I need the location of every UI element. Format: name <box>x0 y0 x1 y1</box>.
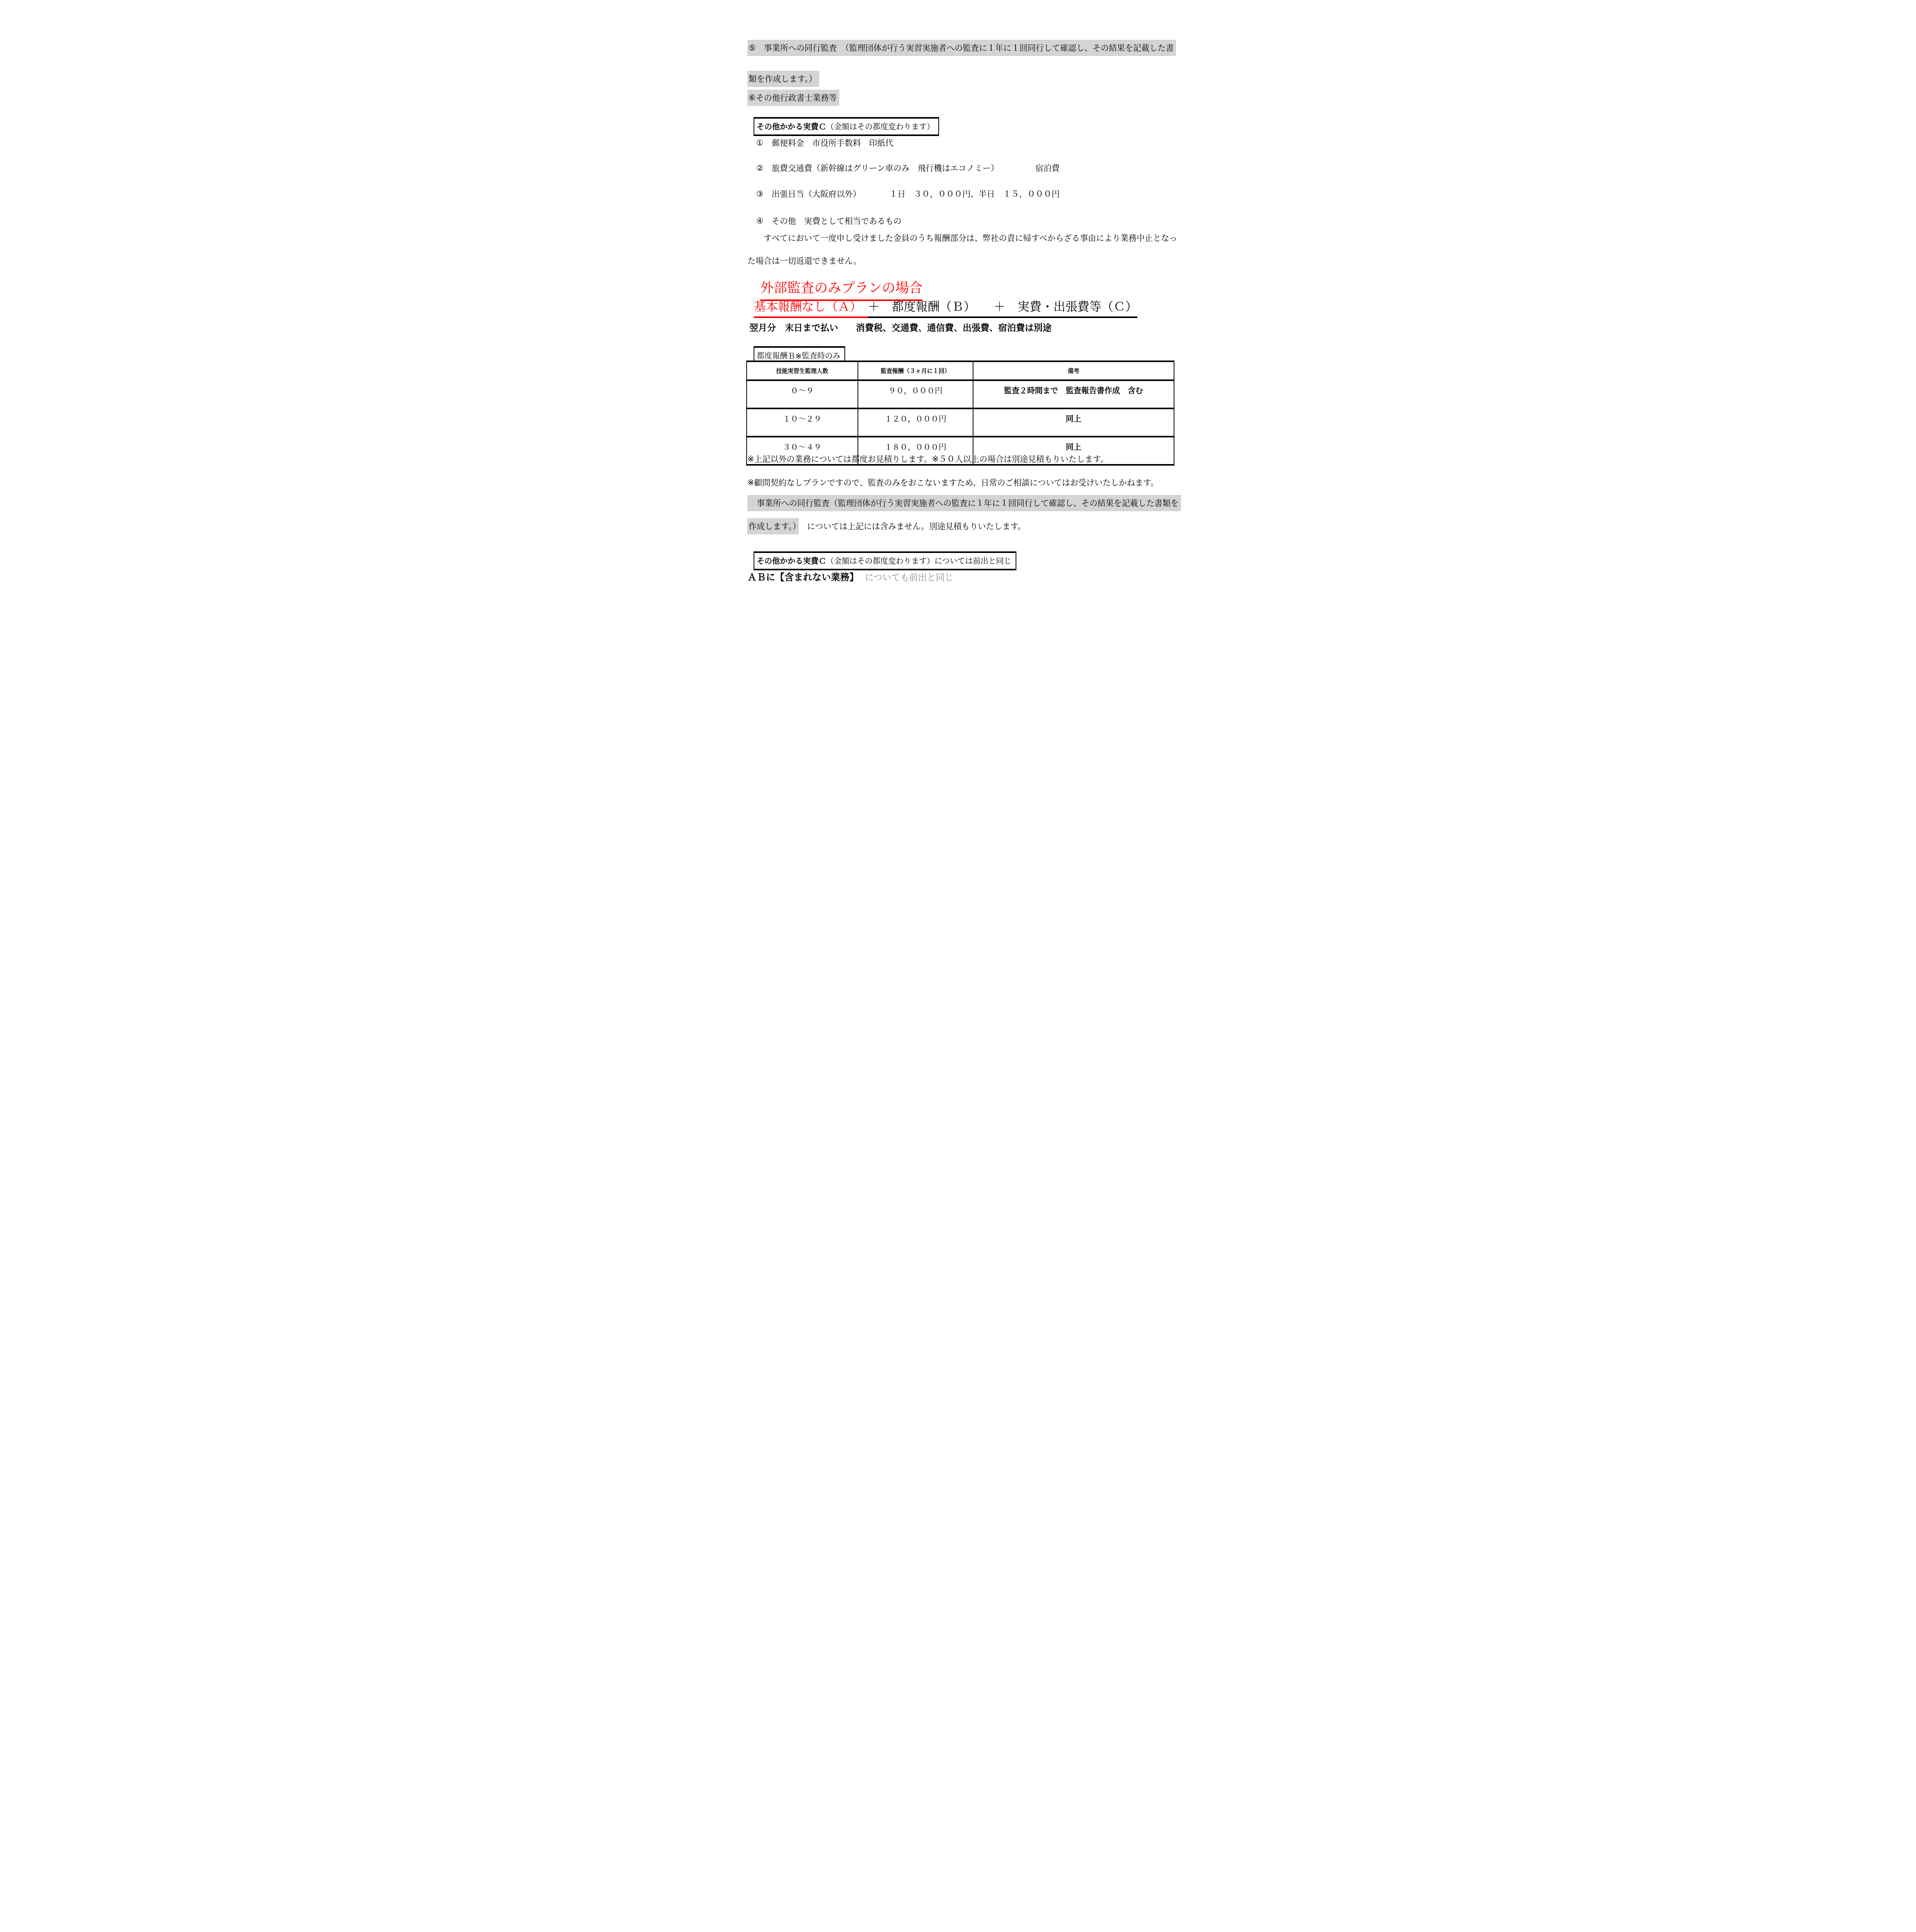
cell-remark: 監査２時間まで 監査報告書作成 含む <box>973 380 1174 408</box>
cell-remark: 同上 <box>973 408 1174 437</box>
footer-bold-text: ＡＢに【含まれない業務】 <box>747 573 859 583</box>
footer-line: ＡＢに【含まれない業務】についても前出と同じ <box>747 570 954 583</box>
header-remarks: 備考 <box>973 361 1174 380</box>
formula-black-part: ＋ 都度報酬（Ｂ） ＋ 実費・出張費等（Ｃ） <box>868 300 1138 318</box>
expense-item-1: ① 郵便料金 市役所手数料 印紙代 <box>747 137 893 148</box>
boxed-heading-note: （金額はその都度変わります）については前出と同じ <box>826 557 1012 566</box>
fee-table-header-row: 技能実習生監理人数 監査報酬（３ヶ月に１回） 備考 <box>747 361 1174 380</box>
boxed-heading-note: （金額はその都度変わります） <box>826 123 934 131</box>
refund-notice-line-2: た場合は一切返還できません。 <box>747 255 861 266</box>
footer-gray-text: についても前出と同じ <box>865 573 954 582</box>
table-row: １０～２９ １２０，０００円 同上 <box>747 408 1174 437</box>
cell-fee: １２０，０００円 <box>858 408 973 437</box>
plan-formula: 基本報酬なし（Ａ） ＋ 都度報酬（Ｂ） ＋ 実費・出張費等（Ｃ） <box>754 297 1137 314</box>
expense-item-4: ④ その他 実費として相当であるもの <box>747 215 902 226</box>
highlighted-text: 作成します。） <box>747 518 799 534</box>
note-no-advisory: ※顧問契約なしプランですので、監査のみをおこないますため、日常のご相談については… <box>747 476 1159 488</box>
note-estimate: ※上記以外の業務については都度お見積りします。※５０人以上の場合は別途見積もりい… <box>747 453 1108 464</box>
highlighted-text: 類を作成します。） <box>747 71 819 87</box>
header-trainee-count: 技能実習生監理人数 <box>747 361 858 380</box>
accompany-line-1: 事業所への同行監査（監理団体が行う実習実施者への監査に１年に１回同行して確認し、… <box>747 497 1181 509</box>
boxed-heading-title: その他かかる実費Ｃ <box>757 557 826 566</box>
cell-count: １０～２９ <box>747 408 858 437</box>
cell-fee: ９０，０００円 <box>858 380 973 408</box>
boxed-heading: その他かかる実費Ｃ（金額はその都度変わります）については前出と同じ <box>754 551 1016 570</box>
highlighted-text: 事業所への同行監査（監理団体が行う実習実施者への監査に１年に１回同行して確認し、… <box>747 495 1181 511</box>
intro-line-3: ⑥その他行政書士業務等 <box>747 92 839 103</box>
document-page: ⑤ 事業所への同行監査 （監理団体が行う実習実施者への監査に１年に１回同行して確… <box>718 0 1198 678</box>
boxed-heading: その他かかる実費Ｃ（金額はその都度変わります） <box>754 117 939 136</box>
formula-red-part: 基本報酬なし（Ａ） <box>754 300 868 318</box>
accompany-rest: については上記には含みません。別途見積もりいたします。 <box>799 522 1026 531</box>
expense-item-3: ③ 出張日当（大阪府以外） １日 ３０，０００円、半日 １５，０００円 <box>747 188 1060 199</box>
accompany-line-2: 作成します。） については上記には含みません。別途見積もりいたします。 <box>747 520 1026 532</box>
fee-table: 技能実習生監理人数 監査報酬（３ヶ月に１回） 備考 ０～９ ９０，０００円 監査… <box>746 361 1174 466</box>
table-row: ０～９ ９０，０００円 監査２時間まで 監査報告書作成 含む <box>747 380 1174 408</box>
cell-count: ０～９ <box>747 380 858 408</box>
boxed-heading-title: その他かかる実費Ｃ <box>757 123 826 131</box>
highlighted-text: ⑥その他行政書士業務等 <box>747 90 839 106</box>
intro-line-1: ⑤ 事業所への同行監査 （監理団体が行う実習実施者への監査に１年に１回同行して確… <box>747 42 1176 53</box>
highlighted-text: ⑤ 事業所への同行監査 （監理団体が行う実習実施者への監査に１年に１回同行して確… <box>747 40 1176 56</box>
refund-notice-line-1: すべてにおいて一度申し受けました金員のうち報酬部分は、弊社の責に帰すべからざる事… <box>747 232 1177 243</box>
payment-note: 翌月分 末日まで払い 消費税、交通費、通信費、出張費、宿泊費は別途 <box>749 321 1052 333</box>
header-audit-fee: 監査報酬（３ヶ月に１回） <box>858 361 973 380</box>
intro-line-2: 類を作成します。） <box>747 73 819 84</box>
expense-item-2: ② 旅費交通費（新幹線はグリーン車のみ 飛行機はエコノミー） 宿泊費 <box>747 162 1060 173</box>
